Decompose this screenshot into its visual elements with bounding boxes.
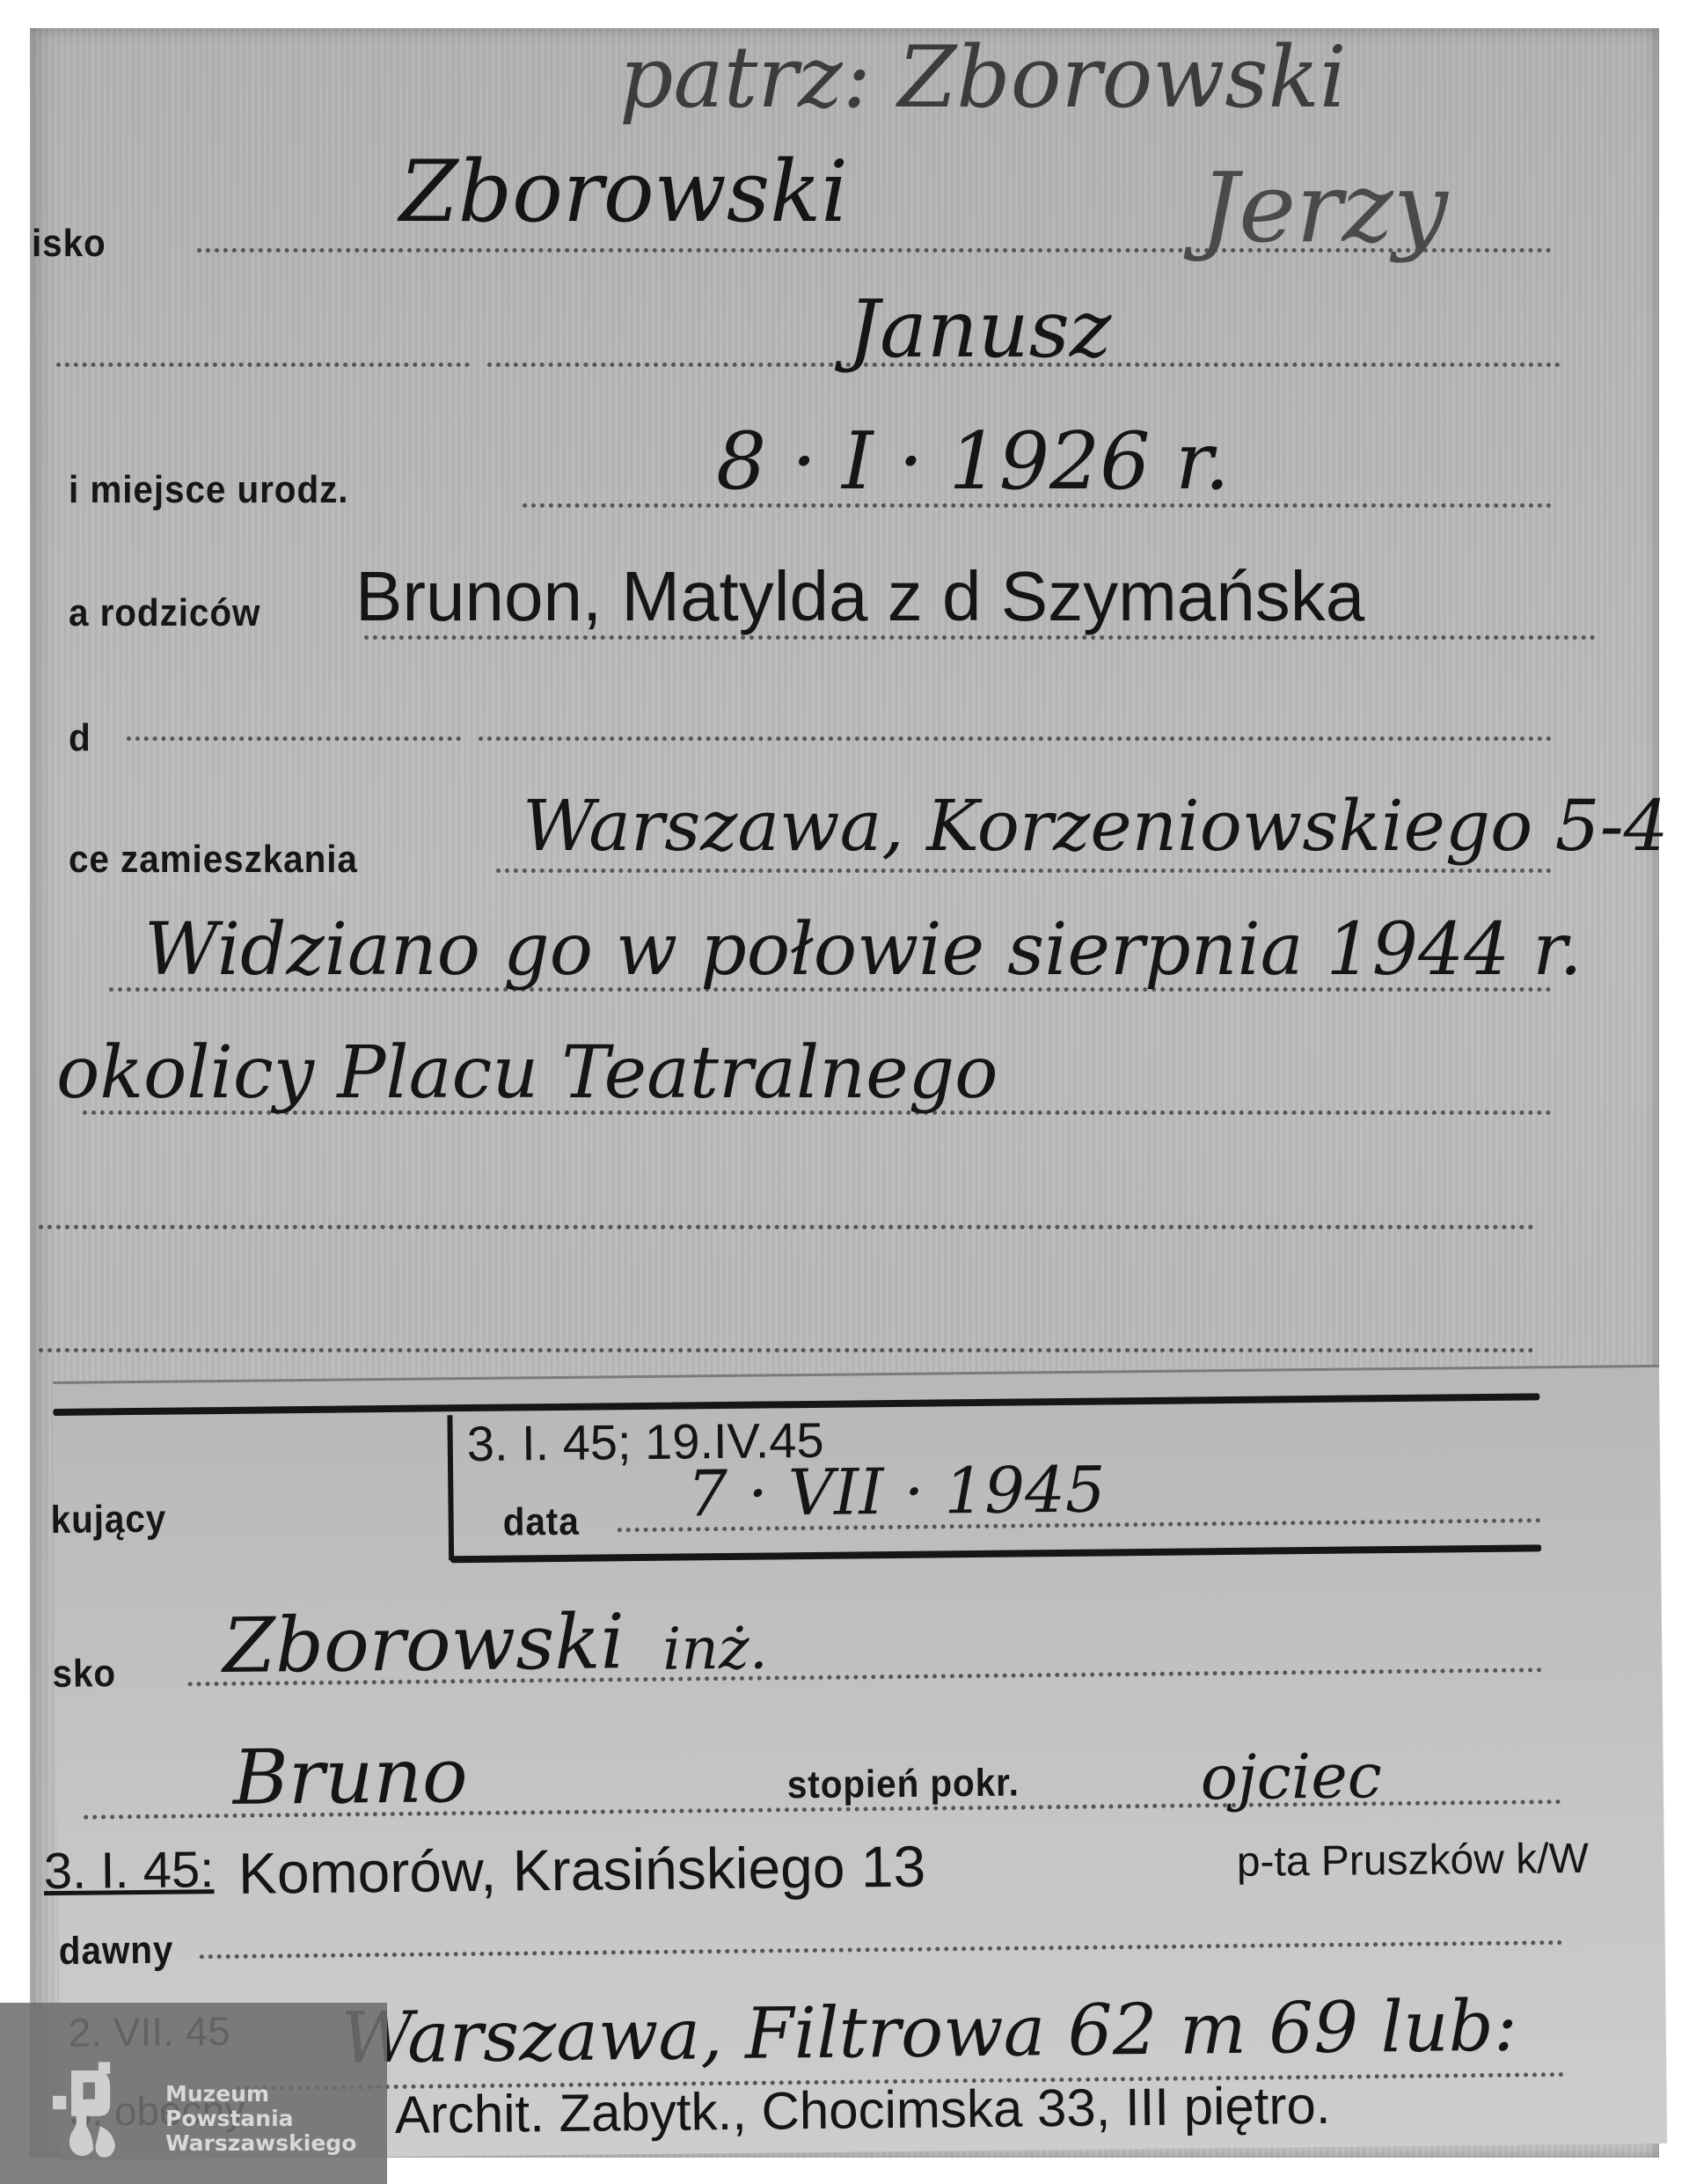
header-note: patrz: Zborowski bbox=[619, 28, 1347, 127]
d-label: d bbox=[69, 716, 91, 760]
lower-surname-extra: inż. bbox=[662, 1615, 768, 1683]
reporter-divider bbox=[447, 1415, 454, 1560]
kotwica-anchor-icon bbox=[51, 2061, 135, 2165]
residence-label: ce zamieszkania bbox=[69, 838, 358, 882]
first-name-value: Janusz bbox=[848, 283, 1111, 376]
surname-label: isko bbox=[32, 222, 106, 266]
note-line-1-value: Widziano go w połowie sierpnia 1944 r. bbox=[144, 908, 1583, 992]
d-line-a bbox=[127, 737, 461, 741]
museum-name-line-3: Warszawskiego bbox=[165, 2131, 356, 2156]
reporter-label: kujący bbox=[50, 1498, 166, 1543]
surname-extra-value: Jerzy bbox=[1200, 151, 1448, 264]
residence-value: Warszawa, Korzeniowskiego 5-4 bbox=[523, 785, 1669, 867]
address-3-value: Archit. Zabytk., Chocimska 33, III piętr… bbox=[394, 2075, 1330, 2145]
parents-label: a rodziców bbox=[69, 591, 260, 635]
surname-value: Zborowski bbox=[399, 143, 848, 241]
first-name-line-a bbox=[56, 363, 470, 367]
address-former-line bbox=[200, 1940, 1563, 1959]
parents-value: Brunon, Matylda z d Szymańska bbox=[355, 556, 1364, 637]
museum-watermark: Muzeum Powstania Warszawskiego bbox=[0, 2003, 387, 2184]
museum-name-line-2: Powstania bbox=[165, 2107, 356, 2131]
lower-surname-label: sko bbox=[52, 1652, 116, 1697]
address-2-value: Warszawa, Filtrowa 62 m 69 lub: bbox=[340, 1985, 1517, 2079]
address-current-value: Komorów, Krasińskiego 13 bbox=[238, 1833, 925, 1907]
relation-value: ojciec bbox=[1200, 1740, 1382, 1814]
date-value: 7 · VII · 1945 bbox=[687, 1452, 1106, 1530]
museum-name: Muzeum Powstania Warszawskiego bbox=[165, 2082, 356, 2156]
lower-surname-value: Zborowski bbox=[223, 1598, 625, 1690]
address-current-extra: p-ta Pruszków k/W bbox=[1237, 1835, 1590, 1887]
d-line-b bbox=[479, 737, 1552, 741]
date-label: data bbox=[502, 1500, 579, 1545]
museum-name-line-1: Muzeum bbox=[165, 2082, 356, 2107]
lower-first-name-value: Bruno bbox=[232, 1732, 468, 1822]
date-rule bbox=[450, 1544, 1541, 1563]
note-line-2-value: okolicy Placu Teatralnego bbox=[56, 1031, 998, 1115]
relation-label: stopień pokr. bbox=[787, 1762, 1020, 1808]
birth-label: i miejsce urodz. bbox=[69, 468, 348, 512]
empty-line-2 bbox=[39, 1348, 1534, 1352]
address-current-prefix: 3. I. 45: bbox=[43, 1840, 214, 1901]
empty-line-1 bbox=[39, 1225, 1534, 1229]
address-former-label: dawny bbox=[59, 1929, 174, 1974]
residence-line bbox=[496, 868, 1552, 873]
birth-value: 8 · I · 1926 r. bbox=[716, 415, 1230, 508]
